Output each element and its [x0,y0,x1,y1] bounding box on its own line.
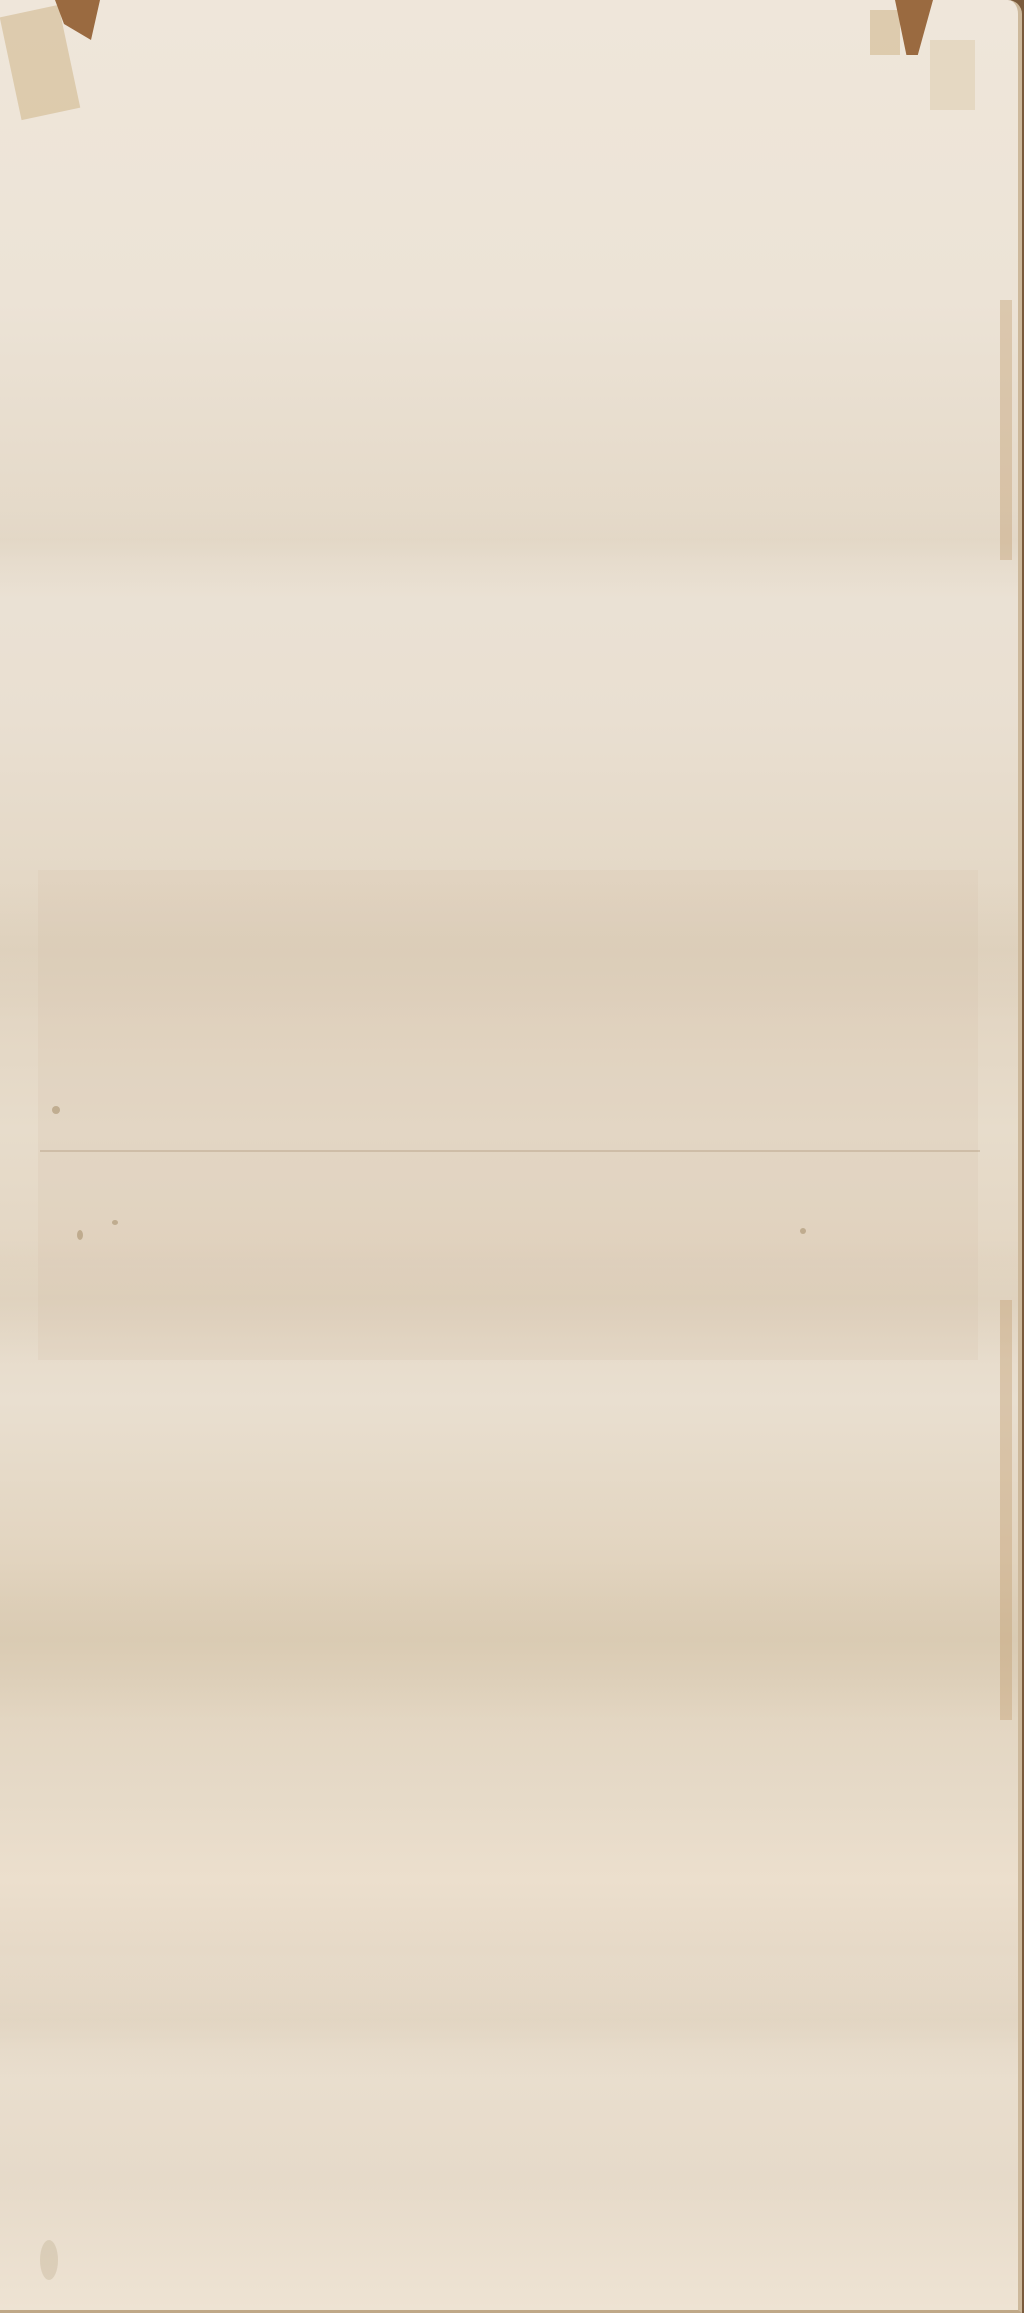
edge-stain [1000,300,1012,560]
torn-corner [895,0,933,55]
paper-sheet [0,0,1022,2313]
faded-panel [38,870,978,1360]
tape-remnant [870,10,900,55]
stain-spot [40,2240,58,2280]
fold-line [40,1150,980,1152]
light-band [0,1960,1018,2080]
tape-remnant [930,40,975,110]
stain-spot [800,1228,806,1234]
photo-frame [0,0,1024,2313]
light-band [0,1560,1018,1720]
stain-spot [112,1220,118,1225]
stain-spot [52,1106,60,1114]
edge-stain [1000,1300,1012,1720]
light-band [0,480,1018,600]
stain-spot [77,1230,83,1240]
